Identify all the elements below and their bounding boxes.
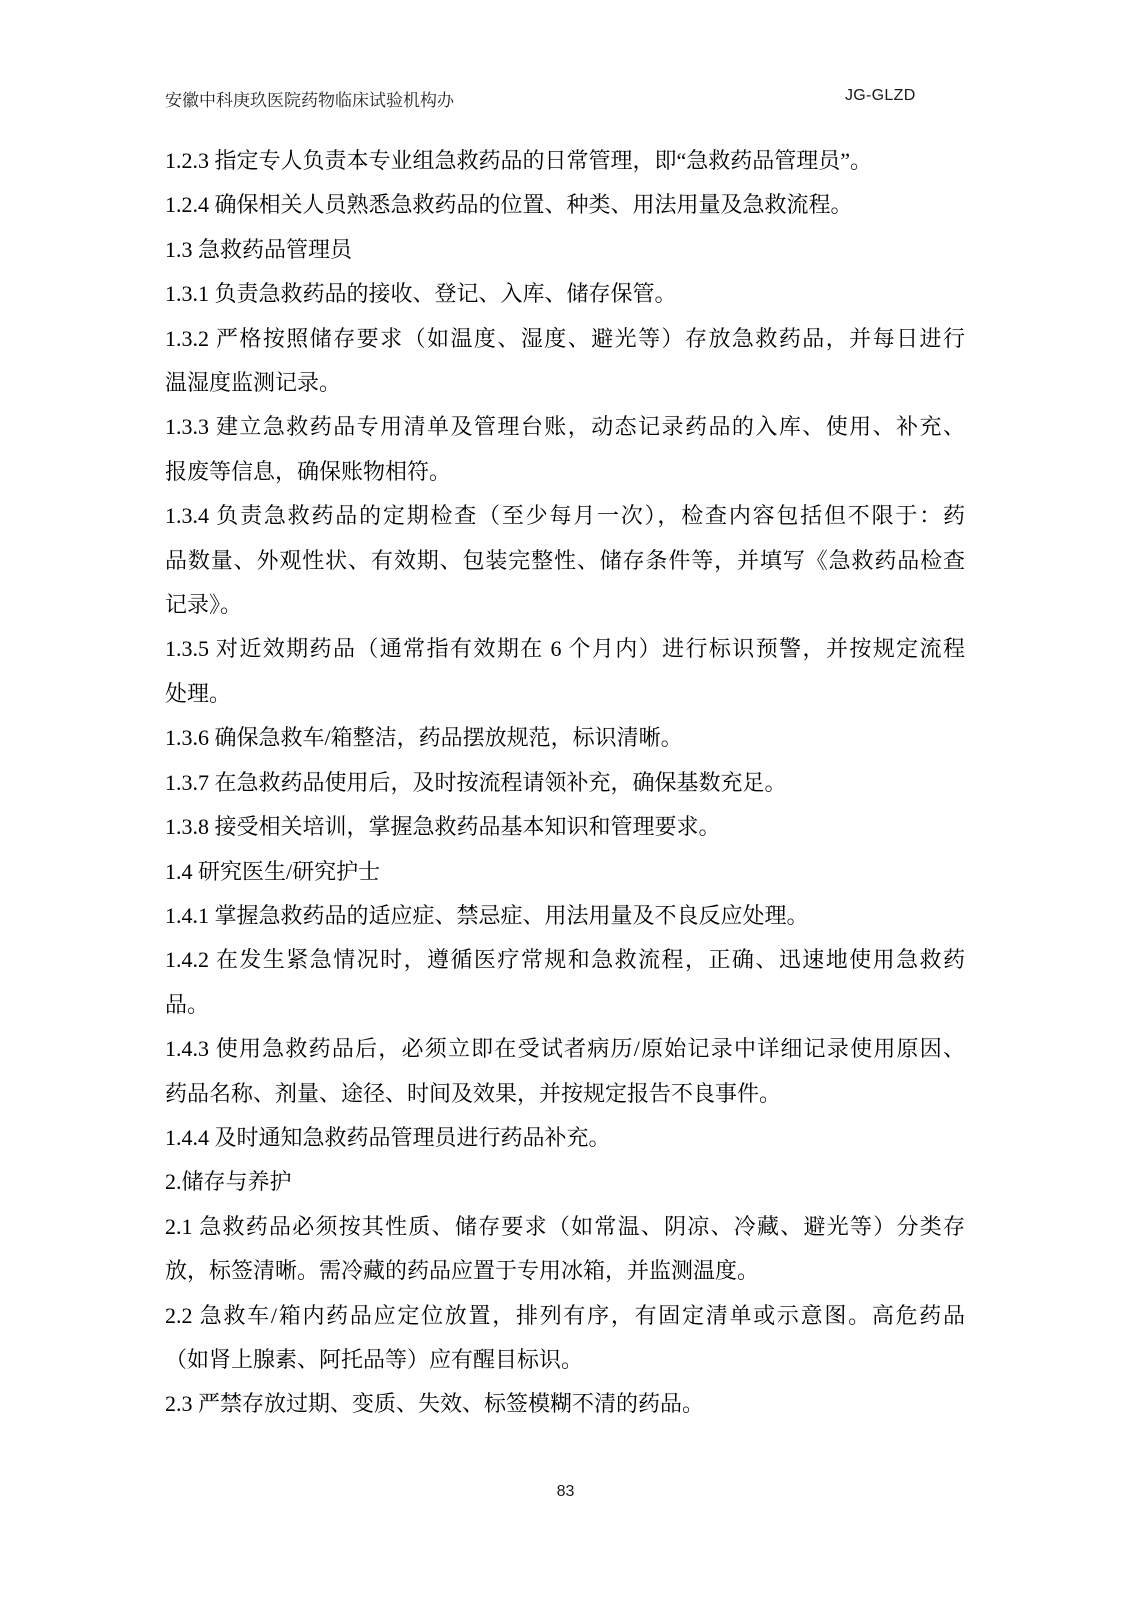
- body-line: 2.2 急救车/箱内药品应定位放置，排列有序，有固定清单或示意图。高危药品: [165, 1294, 965, 1338]
- body-line: 药品名称、剂量、途径、时间及效果，并按规定报告不良事件。: [165, 1072, 965, 1116]
- body-line: 放，标签清晰。需冷藏的药品应置于专用冰箱，并监测温度。: [165, 1249, 965, 1293]
- body-line: 1.2.4 确保相关人员熟悉急救药品的位置、种类、用法用量及急救流程。: [165, 183, 965, 227]
- body-line: 1.4.2 在发生紧急情况时，遵循医疗常规和急救流程，正确、迅速地使用急救药: [165, 938, 965, 982]
- body-line: 品。: [165, 983, 965, 1027]
- body-line: 1.4.3 使用急救药品后，必须立即在受试者病历/原始记录中详细记录使用原因、: [165, 1027, 965, 1071]
- header-institution-title: 安徽中科庚玖医院药物临床试验机构办: [165, 86, 454, 111]
- body-line: 1.3.4 负责急救药品的定期检查（至少每月一次），检查内容包括但不限于：药: [165, 494, 965, 538]
- body-line: 1.4 研究医生/研究护士: [165, 850, 965, 894]
- body-line: 1.3.7 在急救药品使用后，及时按流程请领补充，确保基数充足。: [165, 761, 965, 805]
- body-line: （如肾上腺素、阿托品等）应有醒目标识。: [165, 1338, 965, 1382]
- page-number: 83: [557, 1483, 575, 1500]
- body-line: 温湿度监测记录。: [165, 361, 965, 405]
- body-line: 1.3.5 对近效期药品（通常指有效期在 6 个月内）进行标识预警，并按规定流程: [165, 627, 965, 671]
- body-line: 1.3.1 负责急救药品的接收、登记、入库、储存保管。: [165, 272, 965, 316]
- body-line: 1.3 急救药品管理员: [165, 228, 965, 272]
- document-page: 安徽中科庚玖医院药物临床试验机构办 JG-GLZD 1.2.3 指定专人负责本专…: [0, 0, 1131, 1600]
- body-line: 1.4.1 掌握急救药品的适应症、禁忌症、用法用量及不良反应处理。: [165, 894, 965, 938]
- body-line: 1.2.3 指定专人负责本专业组急救药品的日常管理，即“急救药品管理员”。: [165, 139, 965, 183]
- body-line: 1.3.8 接受相关培训，掌握急救药品基本知识和管理要求。: [165, 805, 965, 849]
- body-line: 记录》。: [165, 583, 965, 627]
- body-line: 1.3.2 严格按照储存要求（如温度、湿度、避光等）存放急救药品，并每日进行: [165, 317, 965, 361]
- body-line: 1.4.4 及时通知急救药品管理员进行药品补充。: [165, 1116, 965, 1160]
- body-line: 品数量、外观性状、有效期、包装完整性、储存条件等，并填写《急救药品检查: [165, 539, 965, 583]
- page-header: 安徽中科庚玖医院药物临床试验机构办 JG-GLZD: [0, 86, 1131, 108]
- body-line: 处理。: [165, 672, 965, 716]
- body-line: 报废等信息，确保账物相符。: [165, 450, 965, 494]
- header-document-code: JG-GLZD: [845, 87, 916, 105]
- body-line: 2.储存与养护: [165, 1160, 965, 1204]
- body-line: 2.1 急救药品必须按其性质、储存要求（如常温、阴凉、冷藏、避光等）分类存: [165, 1205, 965, 1249]
- body-line: 1.3.3 建立急救药品专用清单及管理台账，动态记录药品的入库、使用、补充、: [165, 405, 965, 449]
- document-body: 1.2.3 指定专人负责本专业组急救药品的日常管理，即“急救药品管理员”。1.2…: [165, 139, 965, 1427]
- body-line: 1.3.6 确保急救车/箱整洁，药品摆放规范，标识清晰。: [165, 716, 965, 760]
- page-footer: 83: [0, 1483, 1131, 1501]
- body-line: 2.3 严禁存放过期、变质、失效、标签模糊不清的药品。: [165, 1382, 965, 1426]
